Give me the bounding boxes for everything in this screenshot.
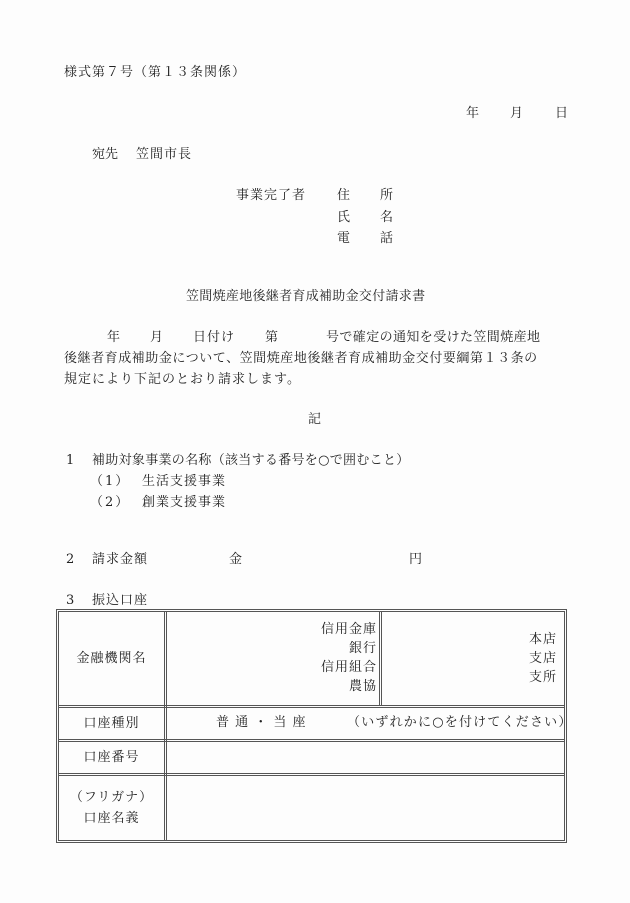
amount-suffix: 円 xyxy=(409,553,422,566)
account-type-note: （いずれかに○を付けてください） xyxy=(347,716,573,729)
document-title: 笠間焼産地後継者育成補助金交付請求書 xyxy=(186,290,425,303)
account-number-label: 口座番号 xyxy=(59,742,164,773)
applicant-role: 事業完了者 xyxy=(236,189,306,202)
body-line1-rest: 号で確定の通知を受けた笠間焼産地 xyxy=(326,331,540,344)
section-2-title: 請求金額 xyxy=(92,553,148,566)
body-date-suffix: 日付け xyxy=(193,331,235,344)
account-name-label: 口座名義 xyxy=(83,808,139,829)
addressee-label: 宛先 xyxy=(92,148,118,161)
date-month: 月 xyxy=(510,107,523,120)
col-divider xyxy=(379,612,382,705)
section-1-number: 1 xyxy=(66,454,74,467)
name-label-b: 名 xyxy=(380,211,393,224)
body-number-prefix: 第 xyxy=(265,331,278,344)
bank-name-label: 金融機関名 xyxy=(59,612,164,705)
body-line2: 後継者育成補助金について、笠間焼産地後継者育成補助金交付要綱第１３条の xyxy=(64,352,538,365)
bank-type-nokyo: 農協 xyxy=(349,677,377,696)
body-line3: 規定により下記のとおり請求します。 xyxy=(64,373,301,386)
addressee-name: 笠間市長 xyxy=(136,148,192,161)
account-name-field[interactable] xyxy=(167,776,564,840)
account-type-options[interactable]: 普 通 ・ 当 座 xyxy=(216,716,307,729)
branch-type-branch: 支店 xyxy=(529,649,557,668)
section-1-title: 補助対象事業の名称（該当する番号を○で囲むこと） xyxy=(92,454,410,467)
bank-type-shinkin: 信用金庫 xyxy=(321,620,377,639)
option-2-label: 創業支援事業 xyxy=(142,496,226,509)
phone-label-b: 話 xyxy=(380,232,393,245)
date-year: 年 xyxy=(466,107,479,120)
branch-type-office: 支所 xyxy=(529,668,557,687)
address-label-b: 所 xyxy=(380,189,393,202)
ki-heading: 記 xyxy=(308,413,321,426)
body-year: 年 xyxy=(107,331,120,344)
phone-label-a: 電 xyxy=(337,232,350,245)
account-name-label-cell: （フリガナ） 口座名義 xyxy=(59,776,164,840)
account-name-furigana-label: （フリガナ） xyxy=(70,787,153,808)
name-label-a: 氏 xyxy=(337,211,350,224)
option-1-label: 生活支援事業 xyxy=(142,475,226,488)
option-1-number: （1） xyxy=(90,475,130,488)
option-2-number: （2） xyxy=(90,496,130,509)
section-3-title: 振込口座 xyxy=(92,594,148,607)
account-number-field[interactable] xyxy=(167,742,564,773)
section-2-number: 2 xyxy=(66,553,74,566)
bank-account-table: 金融機関名 信用金庫 銀行 信用組合 農協 本店 支店 支所 口座種別 普 通 … xyxy=(56,609,567,843)
bank-type-bank: 銀行 xyxy=(349,639,377,658)
bank-name-field[interactable]: 信用金庫 銀行 信用組合 農協 xyxy=(321,620,377,696)
bank-type-shinkumi: 信用組合 xyxy=(321,658,377,677)
amount-prefix: 金 xyxy=(229,553,242,566)
address-label-a: 住 xyxy=(337,189,350,202)
account-type-label: 口座種別 xyxy=(59,708,164,739)
branch-type-main: 本店 xyxy=(529,630,557,649)
body-month: 月 xyxy=(150,331,163,344)
form-number: 様式第７号（第１３条関係） xyxy=(64,66,246,79)
branch-name-field[interactable]: 本店 支店 支所 xyxy=(529,630,557,687)
section-3-number: 3 xyxy=(66,594,74,607)
date-day: 日 xyxy=(555,107,568,120)
